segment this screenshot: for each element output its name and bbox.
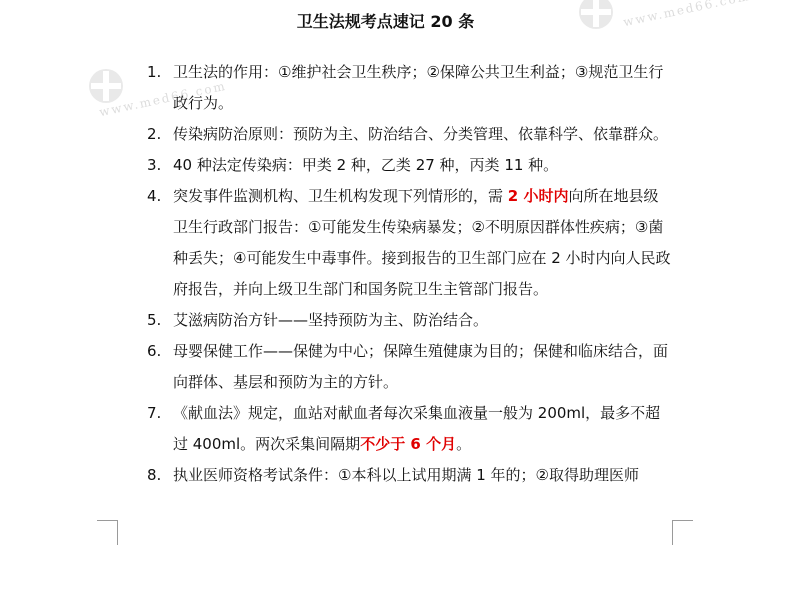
item-number: 8. [147,460,173,491]
highlighted-text: 不少于 6 个月 [360,435,456,453]
list-item: 8.执业医师资格考试条件：①本科以上试用期满 1 年的；②取得助理医师 [147,460,673,491]
item-text: 突发事件监测机构、卫生机构发现下列情形的，需 [173,187,508,205]
highlighted-text: 2 小时内 [508,187,569,205]
watermark-logo-left [88,68,124,104]
list-item: 5.艾滋病防治方针——坚持预防为主、防治结合。 [147,305,673,336]
item-text: 40 种法定传染病：甲类 2 种，乙类 27 种，丙类 11 种。 [173,156,558,174]
list-item: 4.突发事件监测机构、卫生机构发现下列情形的，需 2 小时内向所在地县级卫生行政… [147,181,673,305]
item-text: 卫生法的作用：①维护社会卫生秩序；②保障公共卫生利益；③规范卫生行政行为。 [173,63,663,112]
list-item: 7.《献血法》规定，血站对献血者每次采集血液量一般为 200ml，最多不超过 4… [147,398,673,460]
item-number: 3. [147,150,173,181]
page-corner-mark-right [672,520,693,545]
item-text: 传染病防治原则：预防为主、防治结合、分类管理、依靠科学、依靠群众。 [173,125,668,143]
item-number: 5. [147,305,173,336]
page-corner-mark-left [97,520,118,545]
item-number: 2. [147,119,173,150]
points-list: 1.卫生法的作用：①维护社会卫生秩序；②保障公共卫生利益；③规范卫生行政行为。2… [147,57,673,491]
item-number: 4. [147,181,173,212]
list-item: 2.传染病防治原则：预防为主、防治结合、分类管理、依靠科学、依靠群众。 [147,119,673,150]
item-text: 。 [456,435,471,453]
cross-logo-icon [88,68,124,104]
item-text: 母婴保健工作——保健为中心；保障生殖健康为目的；保健和临床结合，面向群体、基层和… [173,342,668,391]
item-text: 执业医师资格考试条件：①本科以上试用期满 1 年的；②取得助理医师 [173,466,639,484]
item-number: 6. [147,336,173,367]
item-text: 艾滋病防治方针——坚持预防为主、防治结合。 [173,311,488,329]
list-item: 6.母婴保健工作——保健为中心；保障生殖健康为目的；保健和临床结合，面向群体、基… [147,336,673,398]
item-number: 1. [147,57,173,88]
item-number: 7. [147,398,173,429]
list-item: 3.40 种法定传染病：甲类 2 种，乙类 27 种，丙类 11 种。 [147,150,673,181]
list-item: 1.卫生法的作用：①维护社会卫生秩序；②保障公共卫生利益；③规范卫生行政行为。 [147,57,673,119]
document-title: 卫生法规考点速记 20 条 [0,9,771,32]
